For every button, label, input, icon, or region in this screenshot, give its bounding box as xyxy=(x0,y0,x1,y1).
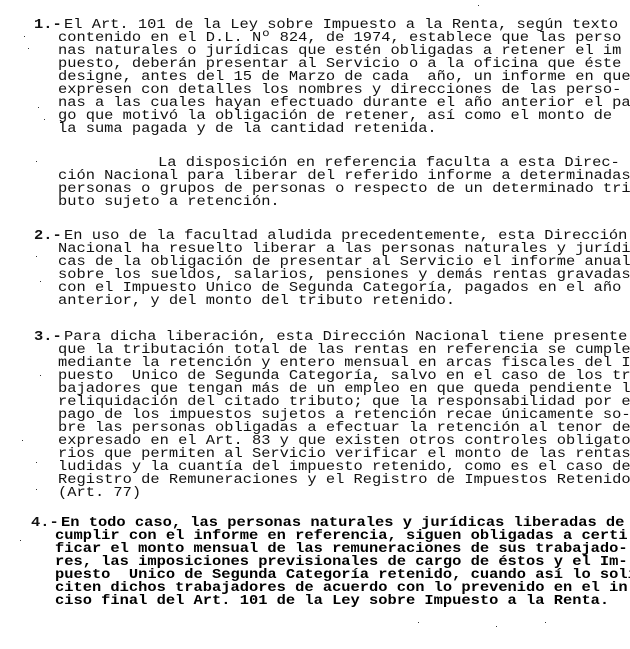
scan-speck xyxy=(478,5,479,6)
scan-speck xyxy=(22,440,23,441)
scan-speck xyxy=(496,626,497,627)
scan-speck xyxy=(24,36,25,37)
scan-speck xyxy=(44,119,45,120)
scan-speck xyxy=(36,462,37,463)
scan-speck xyxy=(28,48,29,49)
scan-speck xyxy=(418,622,419,623)
text-line: buto sujeto a retención. xyxy=(58,196,280,208)
scan-speck xyxy=(38,107,39,108)
text-line: la suma pagada y de la cantidad retenida… xyxy=(58,123,437,135)
scan-speck xyxy=(545,622,546,623)
text-line: Registro de Remuneraciones y el Registro… xyxy=(58,474,630,486)
typewritten-document-page: 1.- El Art. 101 de la Ley sobre Impuesto… xyxy=(0,0,630,649)
scan-speck xyxy=(36,161,37,162)
scan-speck xyxy=(20,540,21,541)
scan-speck xyxy=(40,281,41,282)
text-line: ciso final del Art. 101 de la Ley sobre … xyxy=(55,595,609,607)
scan-speck xyxy=(36,489,37,490)
scan-speck xyxy=(40,375,41,376)
scan-speck xyxy=(36,256,37,257)
text-line: anterior, y del monto del tributo reteni… xyxy=(58,295,455,307)
text-line: (Art. 77) xyxy=(58,487,141,499)
